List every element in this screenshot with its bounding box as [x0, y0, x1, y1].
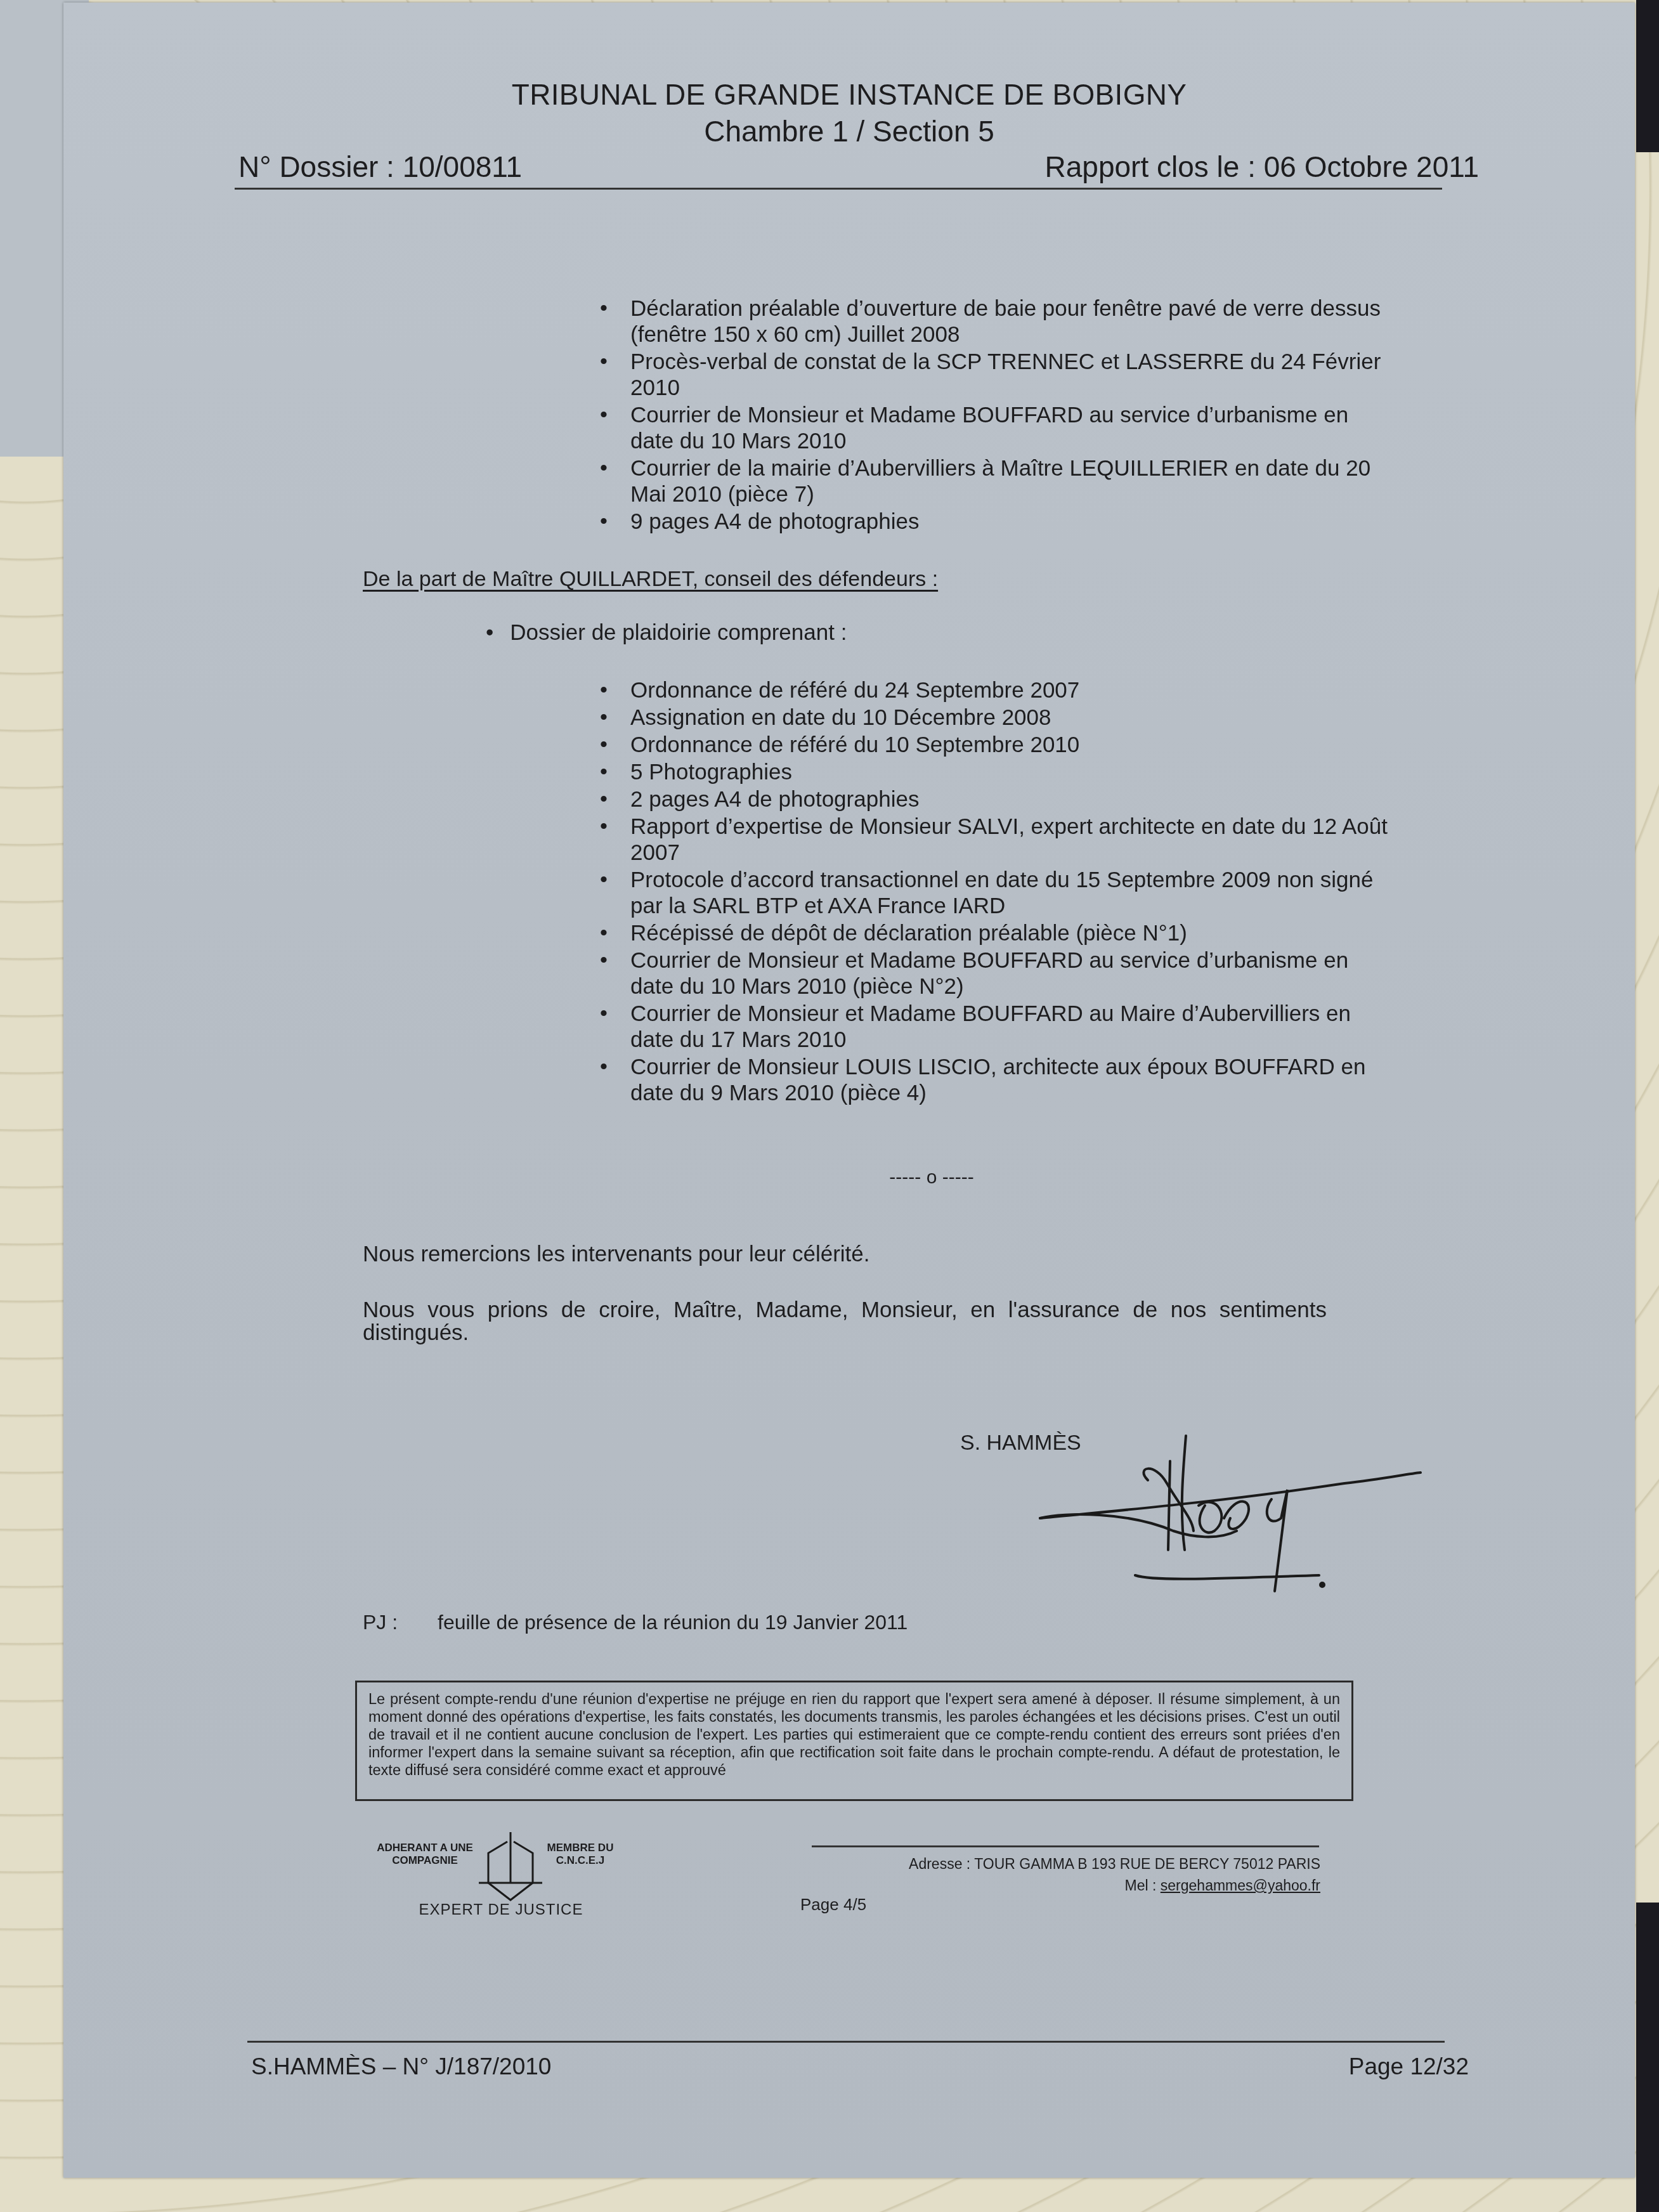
chamber-section: Chambre 1 / Section 5 [63, 114, 1635, 148]
header-divider [235, 188, 1442, 190]
separator: ----- o ----- [146, 1167, 1659, 1188]
disclaimer-box: Le présent compte-rendu d'une réunion d'… [355, 1681, 1353, 1801]
footer-reference: S.HAMMÈS – N° J/187/2010 [251, 2053, 551, 2080]
list-item: Récépissé de dépôt de déclaration préala… [600, 920, 1393, 946]
thanks-paragraph: Nous remercions les intervenants pour le… [363, 1242, 870, 1267]
expert-logo: ADHERANT A UNE COMPAGNIE MEMBRE DU C.N.C… [368, 1829, 634, 1924]
list-item: Ordonnance de référé du 10 Septembre 201… [600, 732, 1393, 758]
defendant-documents-list: Ordonnance de référé du 24 Septembre 200… [600, 677, 1393, 1107]
list-item: Rapport d’expertise de Monsieur SALVI, e… [600, 814, 1393, 866]
court-title: TRIBUNAL DE GRANDE INSTANCE DE BOBIGNY [63, 77, 1635, 112]
list-item: Courrier de Monsieur et Madame BOUFFARD … [600, 402, 1386, 454]
dossier-number: N° Dossier : 10/00811 [238, 150, 522, 184]
list-item: Courrier de la mairie d’Aubervilliers à … [600, 455, 1386, 507]
list-item: Protocole d’accord transactionnel en dat… [600, 867, 1393, 919]
list-item: Procès-verbal de constat de la SCP TRENN… [600, 349, 1386, 401]
dossier-item: Dossier de plaidoirie comprenant : [486, 620, 847, 646]
list-item: Déclaration préalable d’ouverture de bai… [600, 296, 1386, 348]
background-dark-edge [1636, 0, 1659, 152]
footer-divider [247, 2041, 1445, 2043]
section-heading: De la part de Maître QUILLARDET, conseil… [363, 567, 938, 592]
list-item: Courrier de Monsieur LOUIS LISCIO, archi… [600, 1054, 1393, 1106]
list-item: Ordonnance de référé du 24 Septembre 200… [600, 677, 1393, 703]
attachment-text: feuille de présence de la réunion du 19 … [438, 1611, 908, 1634]
salutation-paragraph: Nous vous prions de croire, Maître, Mada… [363, 1299, 1327, 1344]
footer-page-number: Page 12/32 [1349, 2053, 1469, 2080]
list-item: Courrier de Monsieur et Madame BOUFFARD … [600, 947, 1393, 999]
logo-left-text: ADHERANT A UNE COMPAGNIE [368, 1842, 482, 1867]
list-item: Assignation en date du 10 Décembre 2008 [600, 705, 1393, 731]
list-item: 5 Photographies [600, 759, 1393, 785]
signature-icon [1027, 1423, 1433, 1601]
email-line: Mel : sergehammes@yahoo.fr [1125, 1877, 1320, 1894]
email-link[interactable]: sergehammes@yahoo.fr [1161, 1877, 1320, 1894]
list-item: Courrier de Monsieur et Madame BOUFFARD … [600, 1001, 1393, 1053]
document-page: TRIBUNAL DE GRANDE INSTANCE DE BOBIGNY C… [63, 3, 1635, 2178]
list-item: 9 pages A4 de photographies [600, 509, 1386, 535]
email-label: Mel : [1125, 1877, 1161, 1894]
attachment-label: PJ : [363, 1611, 398, 1634]
address-divider [812, 1845, 1319, 1847]
list-item: 2 pages A4 de photographies [600, 786, 1393, 812]
plaintiff-documents-list: Déclaration préalable d’ouverture de bai… [600, 296, 1386, 536]
scales-of-justice-icon [476, 1829, 545, 1905]
inner-page-number: Page 4/5 [800, 1895, 866, 1915]
background-dark-edge [1636, 1903, 1659, 2212]
logo-right-text: MEMBRE DU C.N.C.E.J [533, 1842, 628, 1867]
logo-bottom-text: EXPERT DE JUSTICE [400, 1904, 602, 1916]
address: Adresse : TOUR GAMMA B 193 RUE DE BERCY … [909, 1856, 1320, 1873]
report-closed-date: Rapport clos le : 06 Octobre 2011 [1045, 150, 1479, 184]
